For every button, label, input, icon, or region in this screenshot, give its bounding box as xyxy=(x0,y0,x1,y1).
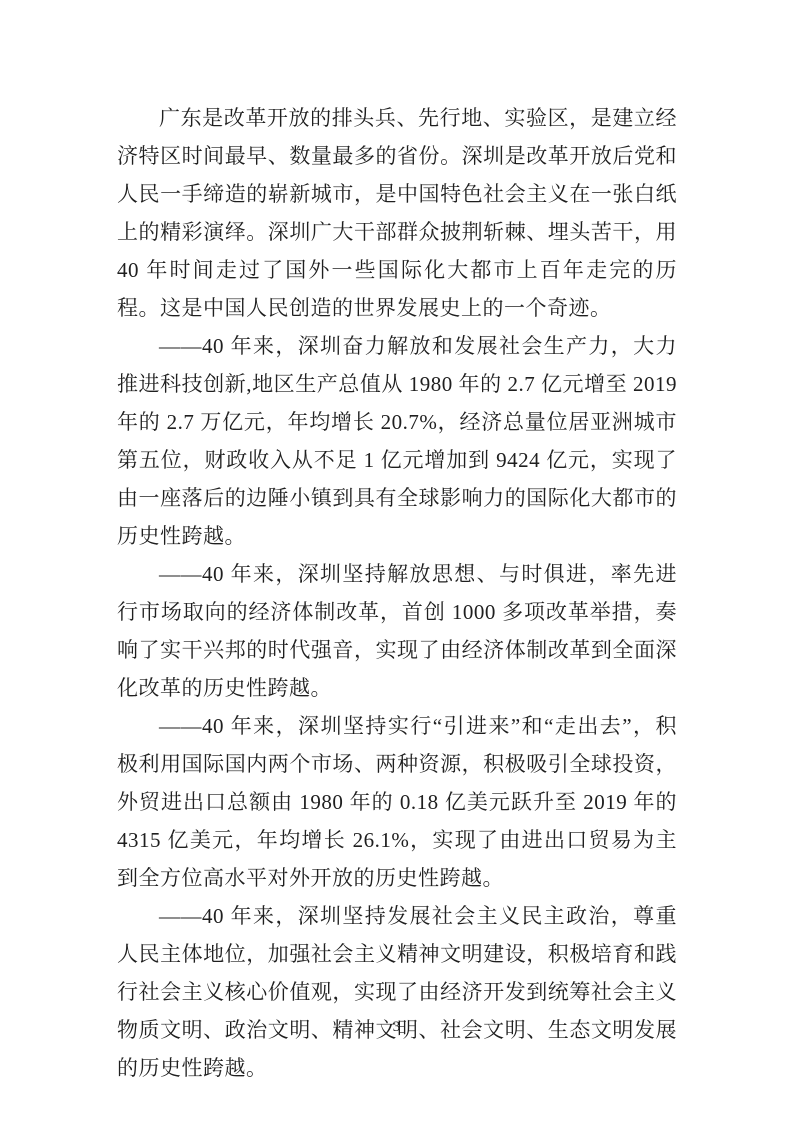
paragraph-1: 广东是改革开放的排头兵、先行地、实验区，是建立经济特区时间最早、数量最多的省份。… xyxy=(117,99,677,327)
page-number: 3 xyxy=(393,1019,401,1035)
document-page: 广东是改革开放的排头兵、先行地、实验区，是建立经济特区时间最早、数量最多的省份。… xyxy=(0,0,793,1122)
paragraph-2: ——40 年来，深圳奋力解放和发展社会生产力，大力推进科技创新,地区生产总值从 … xyxy=(117,327,677,555)
document-body: 广东是改革开放的排头兵、先行地、实验区，是建立经济特区时间最早、数量最多的省份。… xyxy=(117,99,677,1087)
page-footer: 3 xyxy=(0,1018,793,1036)
paragraph-4: ——40 年来，深圳坚持实行“引进来”和“走出去”，积极利用国际国内两个市场、两… xyxy=(117,707,677,897)
paragraph-5: ——40 年来，深圳坚持发展社会主义民主政治，尊重人民主体地位，加强社会主义精神… xyxy=(117,897,677,1087)
paragraph-3: ——40 年来，深圳坚持解放思想、与时俱进，率先进行市场取向的经济体制改革，首创… xyxy=(117,555,677,707)
